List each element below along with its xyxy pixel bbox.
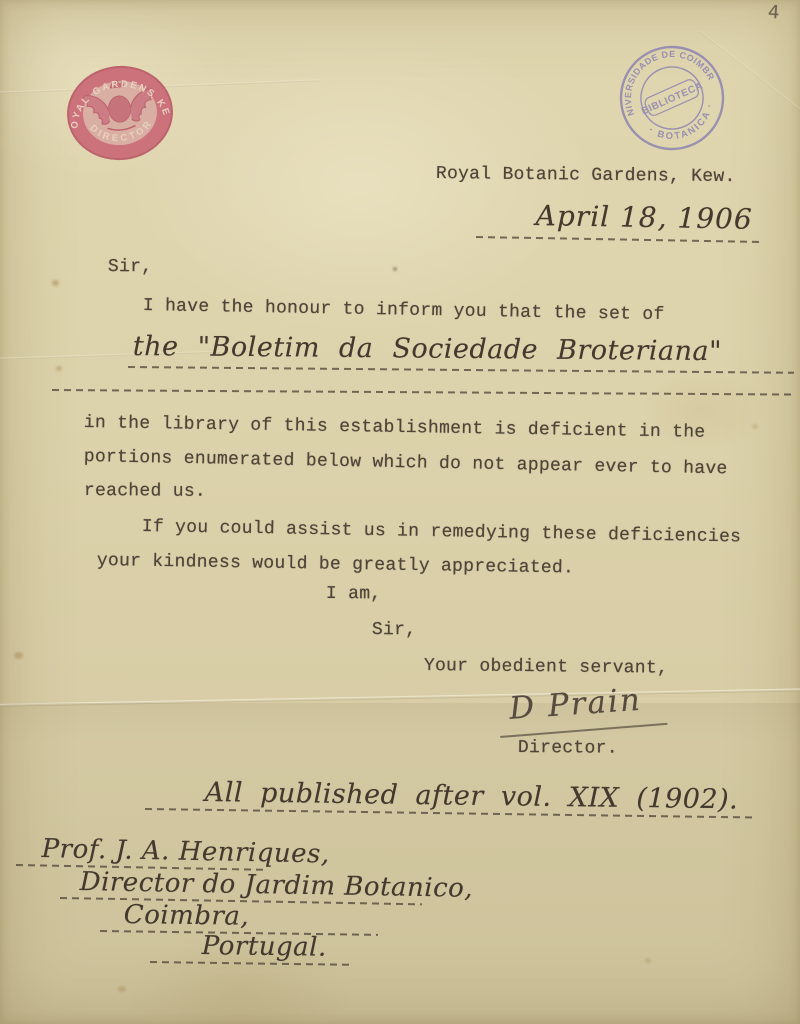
paper-stain <box>393 267 397 271</box>
journal-title-handwritten: the "Boletim da Sociedade Broteriana" <box>133 331 722 367</box>
paper-stain <box>645 958 651 963</box>
paper-stain <box>118 986 126 992</box>
dashed-rule <box>52 389 796 396</box>
body-line: your kindness would be greatly appreciat… <box>97 551 575 578</box>
body-line: portions enumerated below which do not a… <box>84 447 728 479</box>
dashed-rule <box>476 236 764 243</box>
signature-handwritten: D Prain <box>508 682 643 727</box>
closing-line: Sir, <box>372 620 417 640</box>
body-line: I have the honour to inform you that the… <box>143 296 665 325</box>
address-line: Prof. J. A. Henriques, <box>41 834 330 870</box>
page-number: 4 <box>767 2 780 24</box>
paper-stain <box>52 280 59 286</box>
dashed-rule <box>128 366 794 374</box>
address-line: Portugal. <box>202 931 327 963</box>
paper-stain <box>752 424 758 429</box>
closing-line: I am, <box>326 584 382 604</box>
paper-stain <box>56 366 62 371</box>
signer-title: Director. <box>518 738 618 759</box>
coimbra-library-stamp: UNIVERSIDADE DE COIMBRA · BOTANICA · BIB… <box>593 19 751 177</box>
kew-director-seal: ROYAL GARDENS KEW DIRECTOR <box>49 48 191 179</box>
address-line: Coimbra, <box>124 900 250 932</box>
date-handwritten: April 18, 1906 <box>535 199 753 236</box>
stamp-center-text: BIBLIOTECA <box>640 80 705 117</box>
letterhead-line: Royal Botanic Gardens, Kew. <box>436 164 736 187</box>
body-line: in the library of this establishment is … <box>84 413 706 443</box>
body-line: If you could assist us in remedying thes… <box>142 517 742 547</box>
body-line: reached us. <box>84 481 206 502</box>
salutation: Sir, <box>108 257 153 277</box>
closing-line: Your obedient servant, <box>424 656 668 679</box>
paper-stain <box>14 652 23 659</box>
scanned-letter-page: 4 ROYAL GARDENS KEW DIRECTOR <box>0 0 800 1024</box>
fold-crease <box>0 688 800 707</box>
